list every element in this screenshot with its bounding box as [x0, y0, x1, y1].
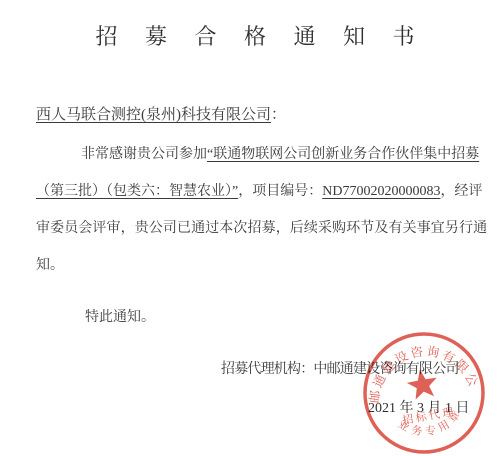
- body-line-4: 知。: [36, 257, 64, 275]
- body-line-1-text: 非常感谢贵公司参加: [81, 147, 207, 162]
- body-line-2-text-a: ，项目编号：: [238, 184, 322, 199]
- project-number: ND77002020000083: [322, 184, 440, 199]
- body-line-2-underlined-a: （第三批）（包类六：智慧农业）”: [36, 184, 238, 199]
- notice-document: 招 募 合 格 通 知 书 西人马联合测控(泉州)科技有限公司： 非常感谢贵公司…: [0, 0, 497, 456]
- official-stamp: 中邮通建设咨询有限公司 招标代理 业务专用章: [357, 326, 491, 456]
- stamp-star-icon: [405, 367, 440, 401]
- body-line-1: 非常感谢贵公司参加“联通物联网公司创新业务合作伙伴集中招募: [36, 146, 479, 164]
- body-line-1-underlined: “联通物联网公司创新业务合作伙伴集中招募: [207, 147, 479, 162]
- document-title: 招 募 合 格 通 知 书: [0, 20, 497, 51]
- body-line-2: （第三批）（包类六：智慧农业）”，项目编号：ND77002020000083，经…: [36, 183, 482, 201]
- addressee-company: 西人马联合测控(泉州)科技有限公司: [36, 107, 271, 123]
- closing-line: 特此通知。: [36, 309, 155, 327]
- signature-label: 招募代理机构：: [221, 362, 313, 377]
- addressee-colon: ：: [271, 107, 286, 123]
- addressee-line: 西人马联合测控(泉州)科技有限公司：: [36, 106, 286, 124]
- body-line-2-text-b: ，经评: [440, 184, 482, 199]
- body-line-3: 审委员会评审，贵公司已通过本次招募，后续采购环节及有关事宜另行通: [36, 220, 487, 238]
